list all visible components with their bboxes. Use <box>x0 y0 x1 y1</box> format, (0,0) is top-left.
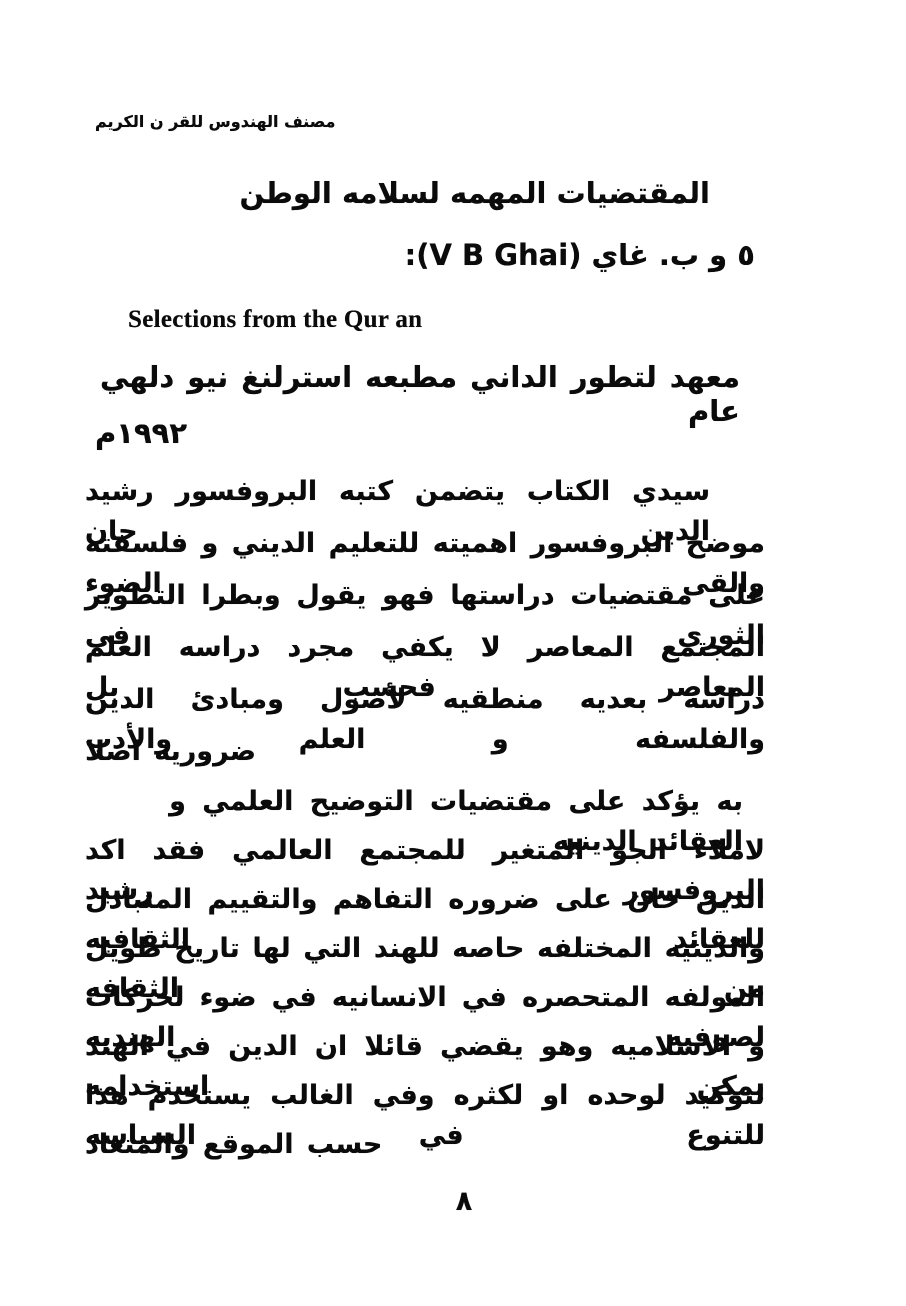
paragraph-2-line: لتوكيد لوحده او لكثره وفي الغالب يستخدم … <box>85 1076 765 1125</box>
running-header: مصنف الهندوس للقر ن الكريم <box>95 112 335 131</box>
paragraph-2-line: الدين حان على ضروره التفاهم والتقييم الم… <box>85 880 765 929</box>
publisher-line: معهد لتطور الداني مطبعه استرلنغ نيو دلهي… <box>100 360 740 428</box>
publication-year-1992: ١٩٩٢م <box>95 416 187 450</box>
paragraph-2-line: و الاسلاميه وهو يقضي قائلا ان الدين في ا… <box>85 1027 765 1076</box>
paragraph-2-line: به يؤكد على مقتضيات التوضيح العلمي و الع… <box>85 782 765 831</box>
scanned-page: مصنف الهندوس للقر ن الكريم المقتضيات الم… <box>0 0 906 1306</box>
paragraph-2-line: والدينيه المختلفه حاصه للهند التي لها تا… <box>85 929 765 978</box>
english-heading-selections-from-the-quran: Selections from the Qur an <box>128 306 422 334</box>
paragraph-2-line: المولفه المتحصره في الانسانيه في ضوء لحر… <box>85 978 765 1027</box>
title-line-1: المقتضيات المهمه لسلامه الوطن <box>239 176 710 210</box>
paragraph-2-line: لاملاء الجو المتغير للمجتمع العالمي فقد … <box>85 831 765 880</box>
paragraph-1-line: على مقتضيات دراستها فهو يقول وبطرا التطو… <box>85 576 765 628</box>
paragraph-1-line: دراسه بعديه منطقيه لأصول ومبادئ الدين وا… <box>85 680 765 732</box>
paragraph-1-line: موضح البروفسور اهميته للتعليم الديني و ف… <box>85 524 765 576</box>
page-number: ٨ <box>446 1186 482 1217</box>
paragraph-1-line: سيدي الكتاب يتضمن كتبه البروفسور رشيد ال… <box>85 472 765 524</box>
paragraph-2: به يؤكد على مقتضيات التوضيح العلمي و الع… <box>85 782 765 1174</box>
paragraph-1: سيدي الكتاب يتضمن كتبه البروفسور رشيد ال… <box>85 472 765 784</box>
title-line-2-author-ghai: ٥ و ب. غاي (V B Ghai): <box>405 238 755 272</box>
paragraph-1-line: المجتمع المعاصر لا يكفي مجرد دراسه العلم… <box>85 628 765 680</box>
